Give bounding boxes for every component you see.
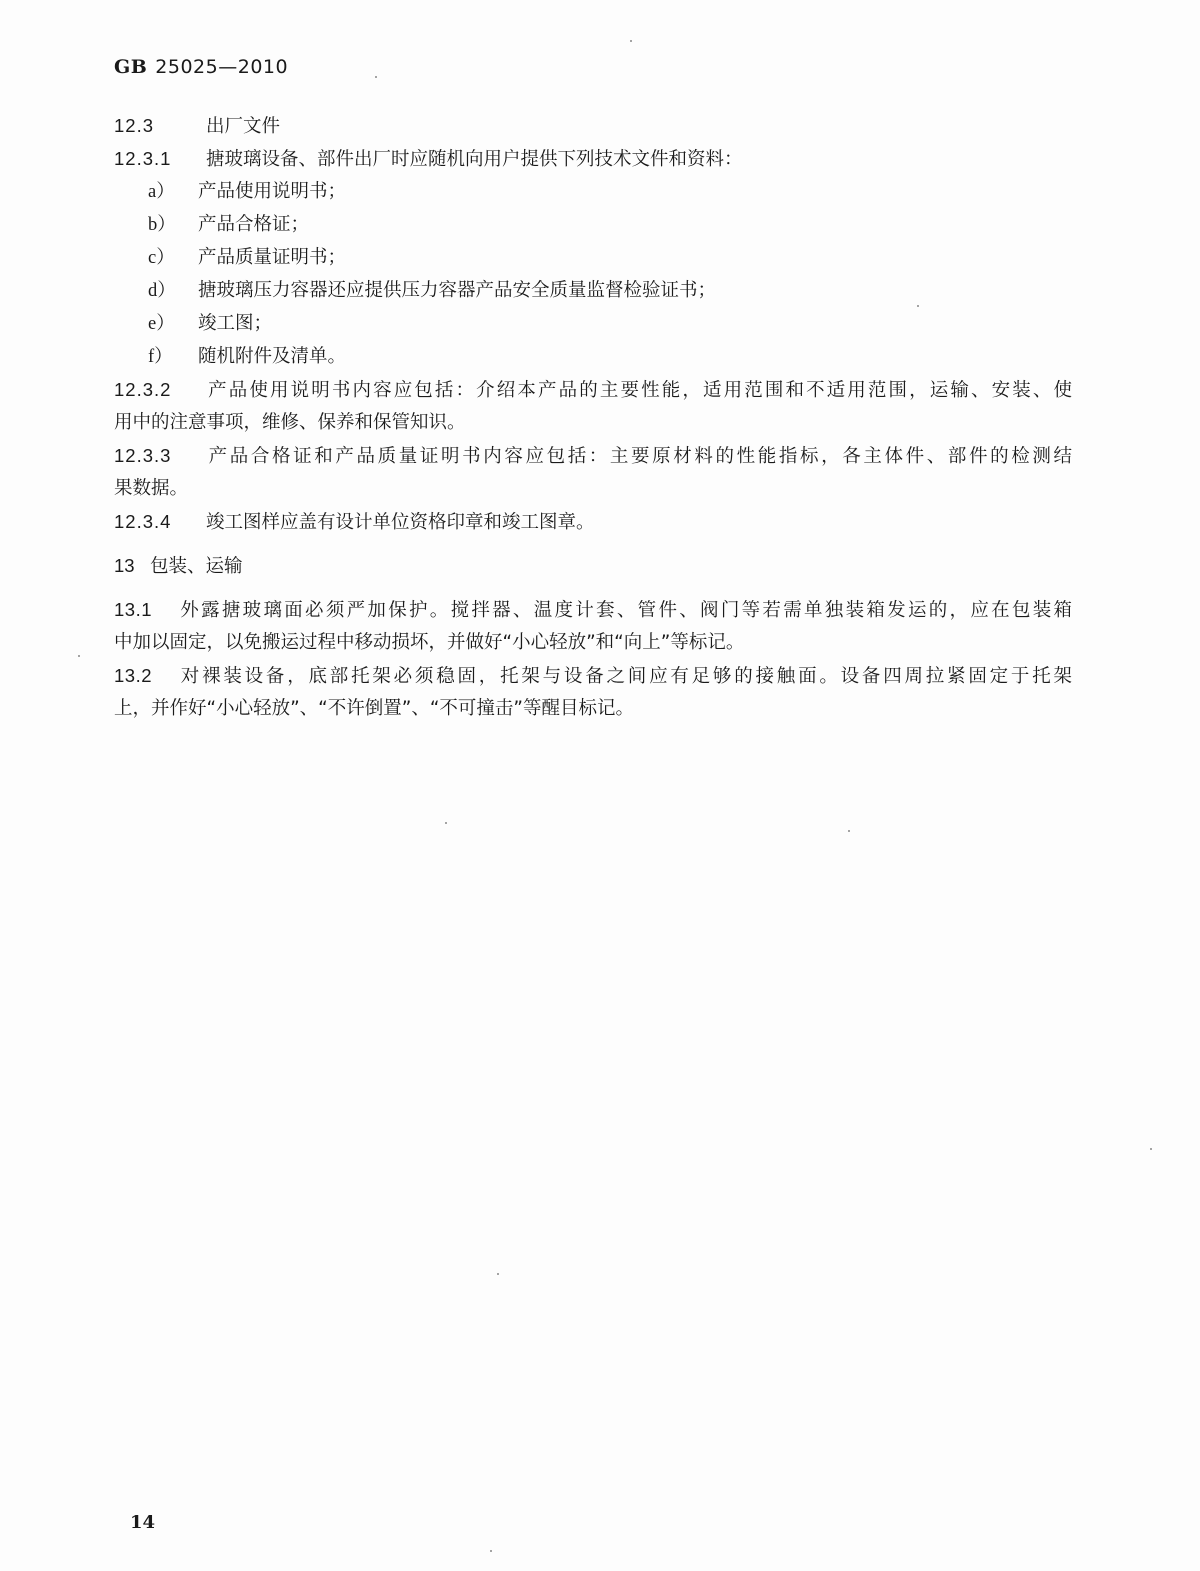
standard-prefix: GB [114, 56, 147, 78]
clause-text-continued: 中加以固定，以免搬运过程中移动损坏，并做好“小心轻放”和“向上”等标记。 [114, 632, 744, 653]
list-item: f）随机附件及清单。 [148, 345, 346, 369]
section-number: 12.3 [114, 114, 206, 138]
list-marker: d） [148, 279, 198, 303]
clause-text-continued: 果数据。 [114, 478, 188, 499]
scan-speck [848, 830, 850, 832]
standard-header: GB25025—2010 [114, 56, 288, 78]
clause-13-1-line1: 13.1外露搪玻璃面必须严加保护。搅拌器、温度计套、管件、阀门等若需单独装箱发运… [114, 598, 1072, 623]
list-item-text: 产品使用说明书； [198, 181, 346, 202]
chapter-heading-13: 13包装、运输 [114, 554, 243, 579]
list-marker: f） [148, 345, 198, 369]
clause-text-continued: 上，并作好“小心轻放”、“不许倒置”、“不可撞击”等醒目标记。 [114, 698, 634, 719]
clause-12-3-2-line2: 用中的注意事项，维修、保养和保管知识。 [114, 411, 466, 435]
clause-number: 12.3.4 [114, 510, 206, 534]
clause-12-3-3-line1: 12.3.3产品合格证和产品质量证明书内容应包括：主要原材料的性能指标，各主体件… [114, 444, 1072, 469]
clause-13-2-line1: 13.2对裸装设备，底部托架必须稳固，托架与设备之间应有足够的接触面。设备四周拉… [114, 664, 1072, 689]
list-item: e）竣工图； [148, 312, 272, 336]
clause-12-3-2-line1: 12.3.2产品使用说明书内容应包括：介绍本产品的主要性能，适用范围和不适用范围… [114, 378, 1072, 403]
list-item: c）产品质量证明书； [148, 246, 346, 270]
section-title: 出厂文件 [206, 116, 280, 137]
scan-speck [445, 822, 447, 824]
clause-13-2-line2: 上，并作好“小心轻放”、“不许倒置”、“不可撞击”等醒目标记。 [114, 697, 634, 721]
chapter-number: 13 [114, 554, 150, 578]
list-marker: c） [148, 246, 198, 270]
list-marker: e） [148, 312, 198, 336]
scan-speck [1150, 1148, 1152, 1150]
standard-number: 25025—2010 [155, 56, 288, 78]
clause-number: 12.3.3 [114, 444, 206, 468]
clause-text: 产品使用说明书内容应包括：介绍本产品的主要性能，适用范围和不适用范围，运输、安装… [206, 380, 1072, 401]
list-item: b）产品合格证； [148, 213, 309, 237]
document-page: GB25025—2010 12.3出厂文件 12.3.1搪玻璃设备、部件出厂时应… [0, 0, 1200, 1571]
scan-speck [78, 655, 80, 657]
scan-speck [490, 1550, 492, 1552]
list-marker: b） [148, 213, 198, 237]
clause-text-continued: 用中的注意事项，维修、保养和保管知识。 [114, 412, 466, 433]
clause-13-1-line2: 中加以固定，以免搬运过程中移动损坏，并做好“小心轻放”和“向上”等标记。 [114, 631, 744, 655]
clause-number: 12.3.2 [114, 378, 206, 402]
scan-speck [375, 76, 377, 78]
clause-number: 12.3.1 [114, 147, 206, 171]
list-item: d）搪玻璃压力容器还应提供压力容器产品安全质量监督检验证书； [148, 279, 716, 303]
list-item: a）产品使用说明书； [148, 180, 346, 204]
page-number: 14 [130, 1512, 155, 1533]
clause-text: 搪玻璃设备、部件出厂时应随机向用户提供下列技术文件和资料： [206, 149, 743, 170]
scan-speck [917, 305, 919, 307]
clause-text: 外露搪玻璃面必须严加保护。搅拌器、温度计套、管件、阀门等若需单独装箱发运的，应在… [178, 600, 1072, 621]
list-item-text: 随机附件及清单。 [198, 346, 346, 367]
clause-text: 对裸装设备，底部托架必须稳固，托架与设备之间应有足够的接触面。设备四周拉紧固定于… [178, 666, 1072, 687]
list-marker: a） [148, 180, 198, 204]
list-item-text: 产品合格证； [198, 214, 309, 235]
clause-12-3-3-line2: 果数据。 [114, 477, 188, 501]
clause-number: 13.2 [114, 664, 178, 688]
section-heading-12-3: 12.3出厂文件 [114, 114, 280, 139]
list-item-text: 搪玻璃压力容器还应提供压力容器产品安全质量监督检验证书； [198, 280, 716, 301]
clause-number: 13.1 [114, 598, 178, 622]
clause-text: 竣工图样应盖有设计单位资格印章和竣工图章。 [206, 512, 595, 533]
clause-12-3-4: 12.3.4竣工图样应盖有设计单位资格印章和竣工图章。 [114, 510, 595, 535]
list-item-text: 产品质量证明书； [198, 247, 346, 268]
clause-text: 产品合格证和产品质量证明书内容应包括：主要原材料的性能指标，各主体件、部件的检测… [206, 446, 1072, 467]
chapter-title: 包装、运输 [150, 556, 243, 577]
clause-12-3-1: 12.3.1搪玻璃设备、部件出厂时应随机向用户提供下列技术文件和资料： [114, 147, 743, 172]
scan-speck [630, 40, 632, 42]
list-item-text: 竣工图； [198, 313, 272, 334]
scan-speck [497, 1273, 499, 1275]
